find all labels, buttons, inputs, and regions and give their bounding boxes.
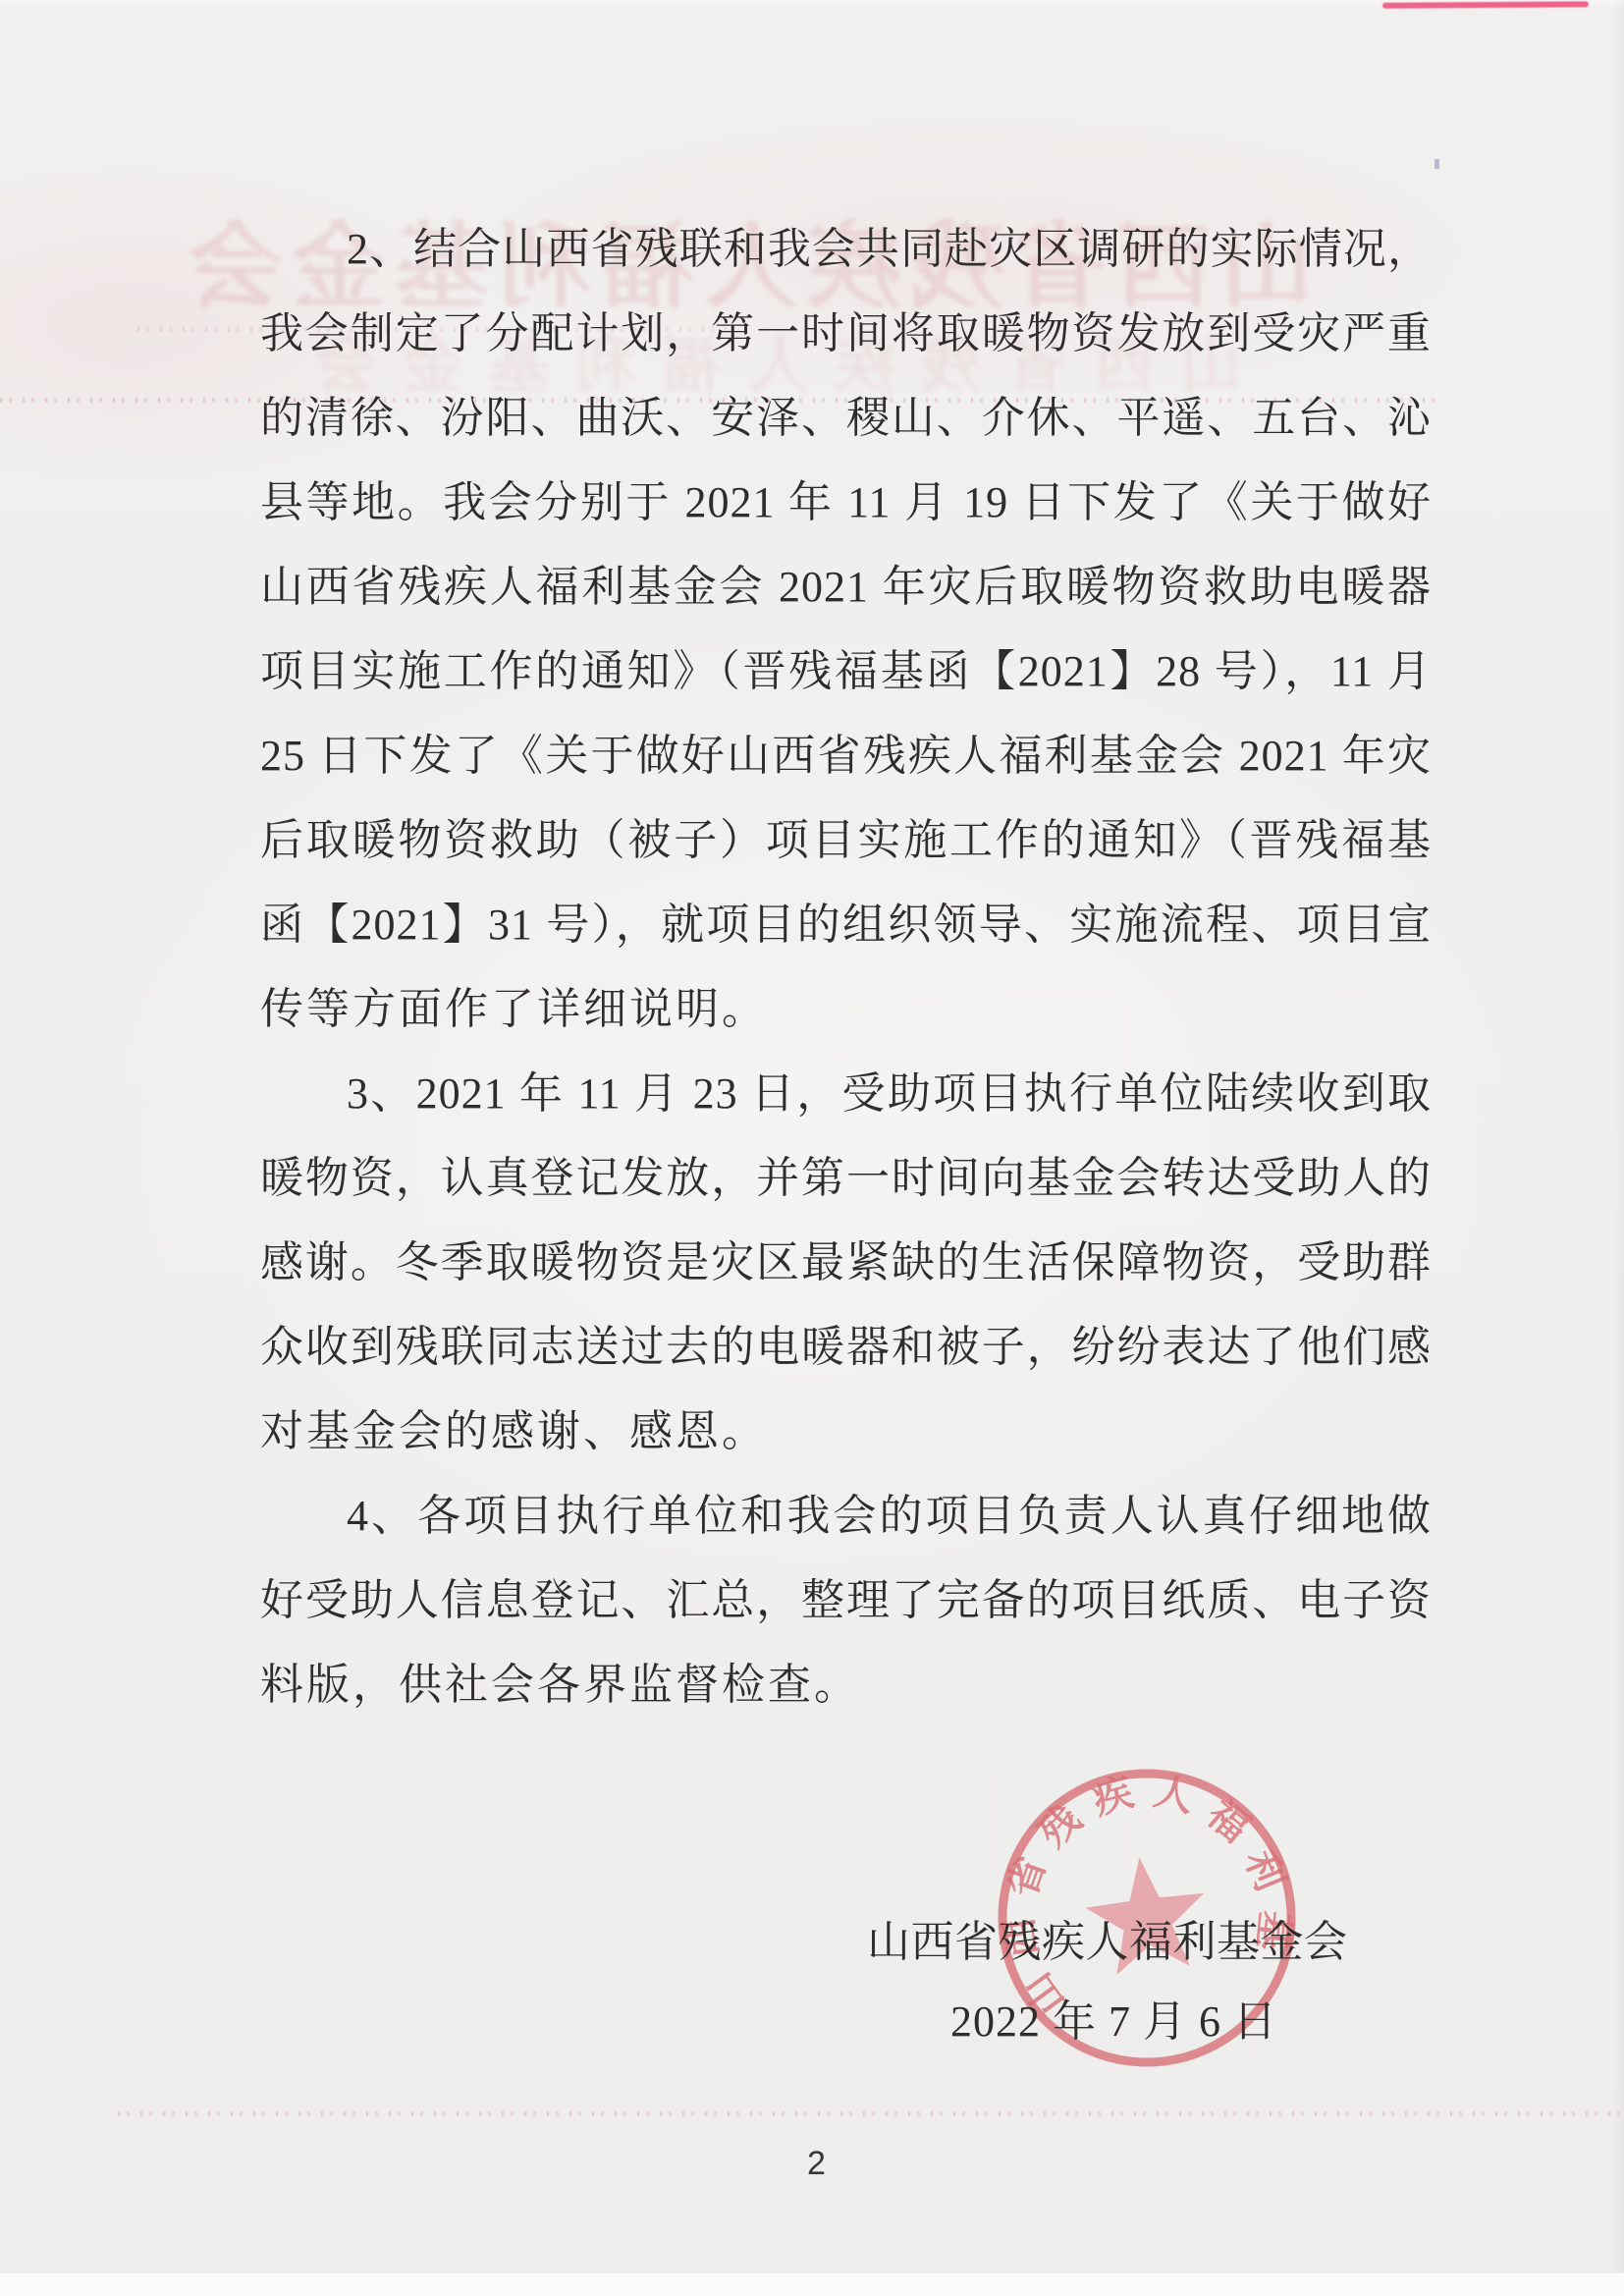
text-line: 后取暖物资救助（被子）项目实施工作的通知》（晋残福基 — [260, 819, 1432, 862]
text-line: 对基金会的感谢、感恩。 — [260, 1410, 1432, 1453]
text-line: 函【2021】31 号），就项目的组织领导、实施流程、项目宣 — [260, 903, 1432, 947]
text-line: 山西省残疾人福利基金会 2021 年灾后取暖物资救助电暖器 — [260, 566, 1432, 609]
scan-top-edge — [0, 0, 1624, 5]
text-line: 暖物资，认真登记发放，并第一时间向基金会转达受助人的 — [260, 1157, 1432, 1200]
text-line: 项目实施工作的通知》（晋残福基函【2021】28 号），11 月 — [260, 650, 1432, 693]
text-line: 2、结合山西省残联和我会共同赴灾区调研的实际情况， — [260, 228, 1432, 271]
text-line: 传等方面作了详细说明。 — [260, 988, 1432, 1031]
text-line: 的清徐、汾阳、曲沃、安泽、稷山、介休、平遥、五台、沁 — [260, 397, 1432, 440]
text-line: 众收到残联同志送过去的电暖器和被子，纷纷表达了他们感 — [260, 1326, 1432, 1369]
text-line: 我会制定了分配计划，第一时间将取暖物资发放到受灾严重 — [260, 312, 1432, 355]
scanned-document-page: 山西省残疾人福利基金会 山西省残疾人福利基金会 山西省残疾人福利基金会 2、结合… — [0, 0, 1624, 2296]
page-number: 2 — [807, 2145, 826, 2183]
red-edge-line — [1382, 1, 1589, 8]
signature-org-name: 山西省残疾人福利基金会 — [867, 1920, 1348, 1965]
text-line: 25 日下发了《关于做好山西省残疾人福利基金会 2021 年灾 — [260, 735, 1432, 778]
bleedthrough-dotted-line — [118, 2111, 1624, 2116]
text-line: 料版，供社会各界监督检查。 — [260, 1664, 1432, 1707]
text-line: 3、2021 年 11 月 23 日，受助项目执行单位陆续收到取 — [260, 1072, 1432, 1116]
ink-speck — [1435, 159, 1439, 169]
text-line: 好受助人信息登记、汇总，整理了完备的项目纸质、电子资 — [260, 1579, 1432, 1622]
text-line: 县等地。我会分别于 2021 年 11 月 19 日下发了《关于做好 — [260, 481, 1432, 524]
text-line: 感谢。冬季取暖物资是灾区最紧缺的生活保障物资，受助群 — [260, 1241, 1432, 1285]
signature-date: 2022 年 7 月 6 日 — [950, 1999, 1277, 2045]
document-body: 2、结合山西省残联和我会共同赴灾区调研的实际情况， 我会制定了分配计划，第一时间… — [260, 228, 1432, 1748]
scan-bottom-edge — [0, 2272, 1624, 2296]
scan-right-edge-shadow — [1614, 0, 1624, 2296]
text-line: 4、各项目执行单位和我会的项目负责人认真仔细地做 — [260, 1495, 1432, 1538]
